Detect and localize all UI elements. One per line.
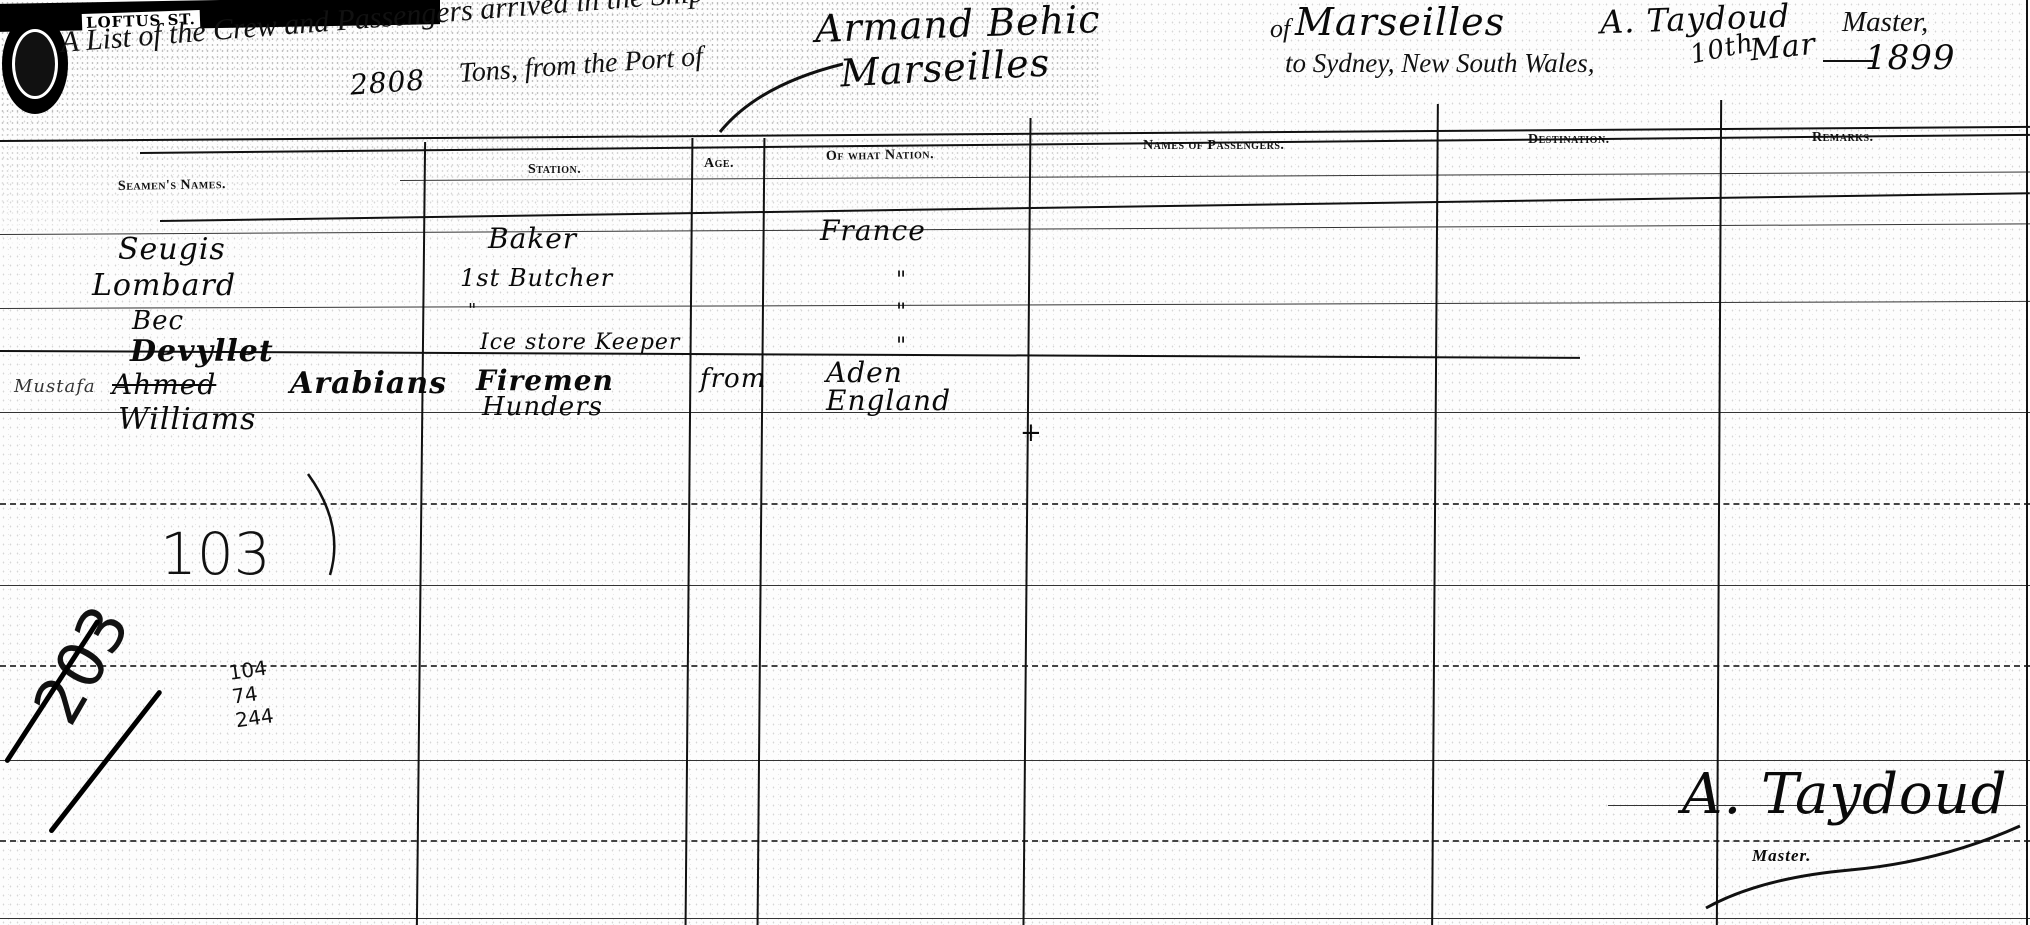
table-top-rule [0,126,2030,142]
crew-group-note: Arabians [290,366,447,401]
header-bottom-rule [160,192,2030,222]
column-header-station: Station. [528,162,581,178]
row-rule-7 [0,665,2030,667]
crew-nation: " [896,300,907,325]
crew-station: " [468,300,477,321]
row-rule-1 [0,223,2030,235]
column-header-passengers: Names of Passengers. [1143,138,1284,154]
official-seal-icon [2,14,68,114]
date-year: 1899 [1865,38,1956,78]
port-underline-stroke [718,60,848,135]
crew-name-prefix: Mustafa [14,376,96,397]
crew-name: Devyllet [130,334,274,369]
home-port: Marseilles [1295,0,1505,44]
annotation-tally: 104 74 244 [227,656,275,733]
column-header-nation: Of what Nation. [826,147,934,165]
column-header-destination: Destination. [1528,132,1610,148]
row-rule-4 [0,412,2030,413]
column-header-age: Age. [704,156,734,172]
crew-nation: England [826,384,951,417]
of-label: of [1270,14,1290,44]
date-month: Mar [1748,27,1817,69]
column-header-remarks: Remarks. [1812,130,1874,146]
column-rule-3 [757,138,766,925]
crew-nation: France [820,214,926,247]
crew-name: Williams [118,402,256,437]
master-signature: A. Taydoud [1682,762,2008,827]
crew-name: Lombard [92,268,236,303]
crew-name: Bec [132,306,184,336]
crew-name: Ahmed [112,368,216,401]
crew-name: Seugis [118,232,226,267]
date-dash [1823,60,1873,62]
manifest-page: LOFTUS ST. A List of the Crew and Passen… [0,0,2030,925]
destination-label: to Sydney, New South Wales, [1285,48,1594,79]
tonnage: 2808 [349,63,426,101]
row-rule-8 [0,760,2030,761]
crew-age-note: from [700,364,766,394]
column-rule-1 [416,142,426,925]
header-mid-rule [400,171,2030,181]
column-rule-2 [685,138,694,925]
tons-label: Tons, from the Port of [458,41,704,90]
crew-station: 1st Butcher [460,264,613,292]
crew-station: Hunders [482,392,603,422]
row-rule-2 [0,301,2030,309]
signature-flourish [1700,820,2030,920]
tally-line: 244 [234,703,275,732]
annotation-count-103: 103 [160,520,271,588]
annotation-bracket [300,470,350,580]
margin-mark: + [1020,418,1043,448]
master-label: Master, [1842,6,1928,39]
ship-name: Armand Behic [814,0,1101,51]
crew-nation: " [896,268,907,293]
crew-station: Baker [488,222,577,255]
column-header-seamens-names: Seamen's Names. [118,177,226,195]
row-rule-6 [0,585,2030,586]
column-rule-4 [1022,118,1031,925]
crew-station: Ice store Keeper [480,330,680,355]
right-edge-rule [2026,0,2028,925]
